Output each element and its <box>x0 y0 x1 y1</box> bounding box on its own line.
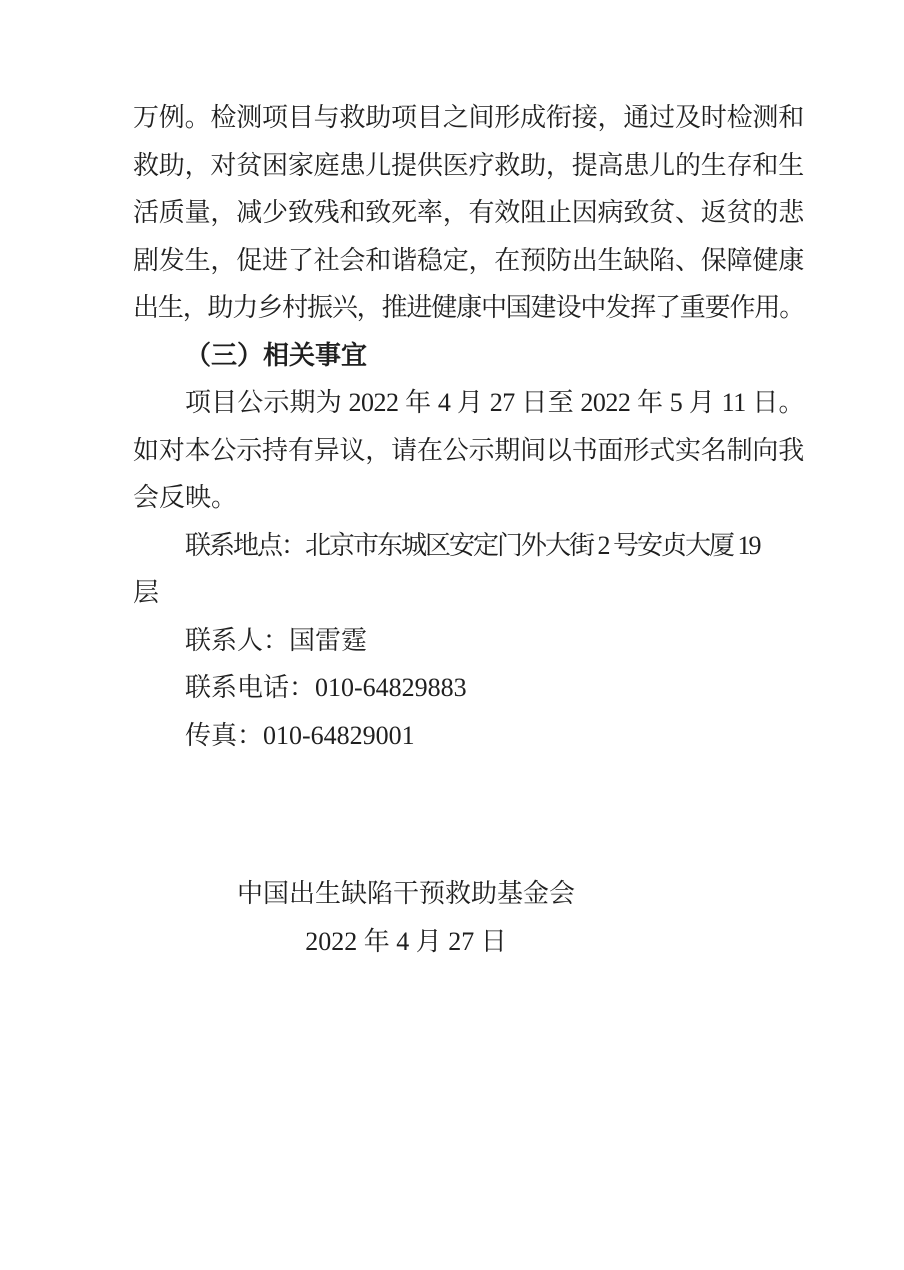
document-body: 万例。检测项目与救助项目之间形成衔接，通过及时检测和 救助，对贫困家庭患儿提供医… <box>133 94 804 965</box>
continuation-line-4: 剧发生，促进了社会和谐稳定，在预防出生缺陷、保障健康 <box>133 237 804 285</box>
contact-address-line-2: 层 <box>133 569 804 617</box>
continuation-line-5: 出生，助力乡村振兴，推进健康中国建设中发挥了重要作用。 <box>133 284 804 332</box>
contact-phone: 联系电话：010-64829883 <box>133 664 804 712</box>
section-heading: （三）相关事宜 <box>133 332 804 380</box>
notice-line-2: 如对本公示持有异议，请在公示期间以书面形式实名制向我 <box>133 427 804 475</box>
continuation-line-2: 救助，对贫困家庭患儿提供医疗救助，提高患儿的生存和生 <box>133 142 804 190</box>
contact-fax: 传真：010-64829001 <box>133 712 804 760</box>
contact-person: 联系人：国雷霆 <box>133 617 804 665</box>
contact-address-line-1: 联系地点：北京市东城区安定门外大街 2 号安贞大厦 19 <box>133 522 804 570</box>
continuation-line-1: 万例。检测项目与救助项目之间形成衔接，通过及时检测和 <box>133 94 804 142</box>
notice-line-1: 项目公示期为 2022 年 4 月 27 日至 2022 年 5 月 11 日。 <box>133 379 804 427</box>
continuation-line-3: 活质量，减少致残和致死率，有效阻止因病致贫、返贫的悲 <box>133 189 804 237</box>
notice-line-3: 会反映。 <box>133 474 804 522</box>
signature-organization: 中国出生缺陷干预救助基金会 <box>237 870 575 918</box>
signature-date: 2022 年 4 月 27 日 <box>237 918 575 966</box>
signature-block: 中国出生缺陷干预救助基金会 2022 年 4 月 27 日 <box>237 870 575 965</box>
document-page: 万例。检测项目与救助项目之间形成衔接，通过及时检测和 救助，对贫困家庭患儿提供医… <box>0 0 904 1270</box>
